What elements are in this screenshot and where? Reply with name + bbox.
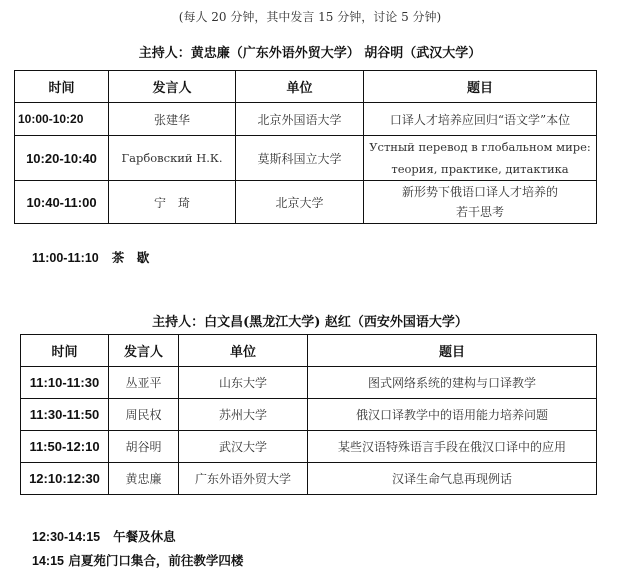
unit-cell: 武汉大学	[179, 431, 308, 463]
unit-cell: 北京外国语大学	[236, 103, 364, 136]
time-cell: 11:30-11:50	[21, 399, 109, 431]
unit-cell: 北京大学	[236, 181, 364, 224]
time-cell: 10:40-11:00	[15, 181, 109, 224]
header-topic: 题目	[308, 335, 597, 367]
speaker-cell: 丛亚平	[109, 367, 179, 399]
time-cell: 12:10:12:30	[21, 463, 109, 495]
time-cell: 10:00-10:20	[15, 103, 109, 136]
time-cell: 11:50-12:10	[21, 431, 109, 463]
session-note: (每人 20 分钟，其中发言 15 分钟，讨论 5 分钟)	[0, 8, 620, 25]
lunch-time: 12:30-14:15	[32, 530, 100, 544]
topic-cell: Устный перевод в глобальном мире: теория…	[364, 136, 597, 181]
header-time: 时间	[15, 71, 109, 103]
topic-line-1: 新形势下俄语口译人才培养的	[367, 182, 593, 202]
tea-break-time: 11:00-11:10	[32, 251, 99, 265]
topic-cell: 新形势下俄语口译人才培养的 若干思考	[364, 181, 597, 224]
gather-label: 启夏苑门口集合，前往教学四楼	[68, 553, 243, 568]
table-row: 11:50-12:10 胡谷明 武汉大学 某些汉语特殊语言手段在俄汉口译中的应用	[21, 431, 597, 463]
header-topic: 题目	[364, 71, 597, 103]
speaker-cell: Гарбовский Н.К.	[109, 136, 236, 181]
lunch-break: 12:30-14:15 午餐及休息	[32, 527, 176, 545]
topic-cell: 图式网络系统的建构与口译教学	[308, 367, 597, 399]
speaker-cell: 宁 琦	[109, 181, 236, 224]
topic-cell: 汉译生命气息再现例话	[308, 463, 597, 495]
unit-cell: 山东大学	[179, 367, 308, 399]
topic-cell: 某些汉语特殊语言手段在俄汉口译中的应用	[308, 431, 597, 463]
topic-line-2: 若干思考	[367, 202, 593, 222]
topic-line-2: теория, практике, дитактика	[367, 158, 593, 180]
speaker-cell: 周民权	[109, 399, 179, 431]
tea-break-label: 茶 歇	[112, 250, 150, 265]
gathering-note: 14:15 启夏苑门口集合，前往教学四楼	[32, 551, 243, 569]
topic-line-1: Устный перевод в глобальном мире:	[367, 136, 593, 158]
header-unit: 单位	[179, 335, 308, 367]
header-speaker: 发言人	[109, 71, 236, 103]
session1-chairs: 主持人：黄忠廉（广东外语外贸大学） 胡谷明（武汉大学）	[0, 42, 620, 61]
table-row: 12:10:12:30 黄忠廉 广东外语外贸大学 汉译生命气息再现例话	[21, 463, 597, 495]
time-cell: 11:10-11:30	[21, 367, 109, 399]
header-time: 时间	[21, 335, 109, 367]
speaker-cell: 黄忠廉	[109, 463, 179, 495]
table-header-row: 时间 发言人 单位 题目	[15, 71, 597, 103]
table-row: 11:30-11:50 周民权 苏州大学 俄汉口译教学中的语用能力培养问题	[21, 399, 597, 431]
speaker-cell: 胡谷明	[109, 431, 179, 463]
table-header-row: 时间 发言人 单位 题目	[21, 335, 597, 367]
header-unit: 单位	[236, 71, 364, 103]
lunch-label: 午餐及休息	[113, 529, 176, 544]
topic-cell: 口译人才培养应回归“语文学”本位	[364, 103, 597, 136]
time-cell: 10:20-10:40	[15, 136, 109, 181]
session1-table: 时间 发言人 单位 题目 10:00-10:20 张建华 北京外国语大学 口译人…	[14, 70, 597, 224]
tea-break: 11:00-11:10 茶 歇	[32, 248, 149, 266]
table-row: 10:00-10:20 张建华 北京外国语大学 口译人才培养应回归“语文学”本位	[15, 103, 597, 136]
unit-cell: 莫斯科国立大学	[236, 136, 364, 181]
topic-cell: 俄汉口译教学中的语用能力培养问题	[308, 399, 597, 431]
header-speaker: 发言人	[109, 335, 179, 367]
unit-cell: 苏州大学	[179, 399, 308, 431]
speaker-cell: 张建华	[109, 103, 236, 136]
session2-chairs: 主持人：白文昌(黑龙江大学) 赵红（西安外国语大学）	[0, 311, 620, 330]
table-row: 11:10-11:30 丛亚平 山东大学 图式网络系统的建构与口译教学	[21, 367, 597, 399]
session2-table: 时间 发言人 单位 题目 11:10-11:30 丛亚平 山东大学 图式网络系统…	[20, 334, 597, 495]
unit-cell: 广东外语外贸大学	[179, 463, 308, 495]
table-row: 10:20-10:40 Гарбовский Н.К. 莫斯科国立大学 Устн…	[15, 136, 597, 181]
table-row: 10:40-11:00 宁 琦 北京大学 新形势下俄语口译人才培养的 若干思考	[15, 181, 597, 224]
gather-time: 14:15	[32, 554, 64, 568]
